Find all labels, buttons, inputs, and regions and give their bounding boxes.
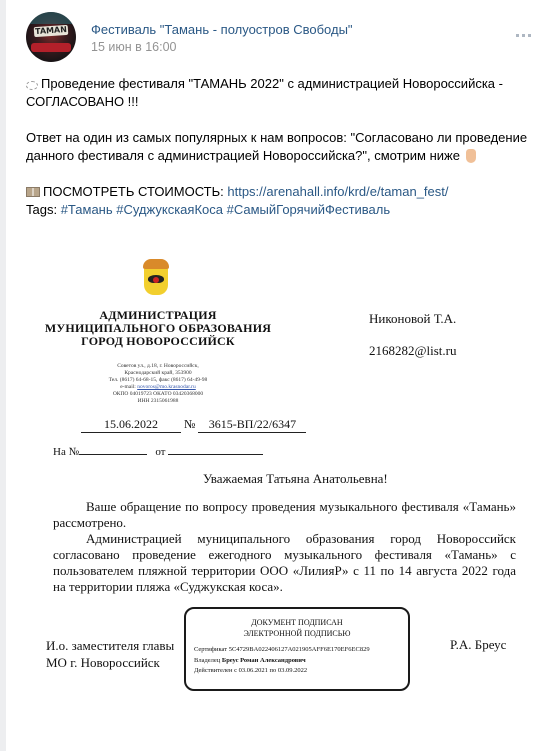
reg-no: 3615-ВП/22/6347	[198, 417, 306, 433]
address-line: Краснодарский край, 353900	[68, 370, 248, 377]
valid-to-label: по	[270, 667, 277, 674]
e-signature-stamp: ДОКУМЕНТ ПОДПИСАН ЭЛЕКТРОННОЙ ПОДПИСЬЮ С…	[184, 607, 410, 691]
tag-link[interactable]: #СуджукскаяКоса	[116, 202, 223, 217]
letter-paragraph: Ваше обращение по вопросу проведения муз…	[53, 499, 516, 531]
org-line: ГОРОД НОВОРОССИЙСК	[38, 335, 278, 348]
post-text: Проведение фестиваля "ТАМАНЬ 2022" с адм…	[26, 75, 546, 219]
more-options-icon[interactable]	[516, 34, 536, 42]
price-link[interactable]: https://arenahall.info/krd/e/taman_fest/	[227, 184, 448, 199]
tags-label: Tags:	[26, 202, 61, 217]
attached-document-image[interactable]: АДМИНИСТРАЦИЯ МУНИЦИПАЛЬНОГО ОБРАЗОВАНИЯ…	[26, 245, 542, 700]
salutation: Уважаемая Татьяна Анатольевна!	[203, 471, 388, 487]
announcement-text: Проведение фестиваля "ТАМАНЬ 2022" с адм…	[26, 76, 503, 109]
ref-from-label: от	[155, 446, 165, 458]
money-icon	[26, 187, 40, 197]
pointing-down-hand-icon	[466, 149, 476, 163]
post-date-link[interactable]: 15 июн в 16:00	[91, 40, 177, 54]
org-title: АДМИНИСТРАЦИЯ МУНИЦИПАЛЬНОГО ОБРАЗОВАНИЯ…	[38, 309, 278, 348]
tag-link[interactable]: #Тамань	[61, 202, 113, 217]
email-label: e-mail:	[120, 384, 137, 390]
stamp-title-line: ДОКУМЕНТ ПОДПИСАН	[186, 617, 408, 628]
recipient-email: 2168282@list.ru	[369, 343, 456, 359]
cert-label: Сертификат	[194, 646, 227, 653]
org-email: novoros@mo.krasnodar.ru	[137, 384, 196, 390]
question-text: Ответ на один из самых популярных к нам …	[26, 130, 527, 163]
recipient-name: Никоновой Т.А.	[369, 311, 456, 327]
org-address: Советов ул., д.18, г. Новороссийск, Крас…	[68, 363, 248, 405]
stamp-title-line: ЭЛЕКТРОННОЙ ПОДПИСЬЮ	[186, 628, 408, 639]
address-line: Советов ул., д.18, г. Новороссийск,	[68, 363, 248, 370]
valid-label: Действителен с	[194, 667, 237, 674]
cert-value: 5C4729BA022406127A021905AFF6E170EF6EC829	[229, 646, 370, 653]
reference-line: На № от	[53, 444, 263, 458]
post-author-link[interactable]: Фестиваль "Тамань - полуостров Свободы"	[91, 22, 353, 37]
post-card: TAMAN Фестиваль "Тамань - полуостров Сво…	[6, 0, 558, 751]
group-avatar[interactable]: TAMAN	[26, 12, 76, 62]
signer-title: И.о. заместителя главы МО г. Новороссийс…	[46, 637, 174, 671]
valid-from: 03.06.2021	[239, 667, 268, 674]
signer-title-line: МО г. Новороссийск	[46, 654, 174, 671]
avatar-logo: TAMAN	[34, 25, 69, 37]
avatar-car	[31, 43, 71, 52]
valid-to: 03.09.2022	[278, 667, 307, 674]
owner-label: Владелец	[194, 657, 220, 664]
signer-title-line: И.о. заместителя главы	[46, 637, 174, 654]
owner-value: Бреус Роман Александрович	[222, 657, 306, 664]
tag-link[interactable]: #СамыйГорячийФестиваль	[227, 202, 391, 217]
reg-date: 15.06.2022	[81, 417, 181, 433]
novorossiysk-coat-of-arms-icon	[143, 259, 169, 299]
registration-line: 15.06.2022 № 3615-ВП/22/6347	[81, 417, 306, 433]
letter-body: Ваше обращение по вопросу проведения муз…	[53, 499, 516, 595]
ref-label: На №	[53, 446, 79, 458]
price-label: ПОСМОТРЕТЬ СТОИМОСТЬ:	[43, 184, 227, 199]
address-line: ОКПО 04019723 ОКАТО 03420368000	[68, 391, 248, 398]
speech-bubble-icon	[26, 81, 38, 90]
letter-paragraph: Администрацией муниципального образовани…	[53, 531, 516, 595]
signer-name: Р.А. Бреус	[450, 637, 506, 653]
address-line: Тел. (8617) 64-68-15, факс (8617) 64-49-…	[68, 377, 248, 384]
reg-no-label: №	[184, 417, 195, 431]
avatar-sky	[26, 12, 76, 24]
address-line: ИНН 2315061988	[68, 398, 248, 405]
